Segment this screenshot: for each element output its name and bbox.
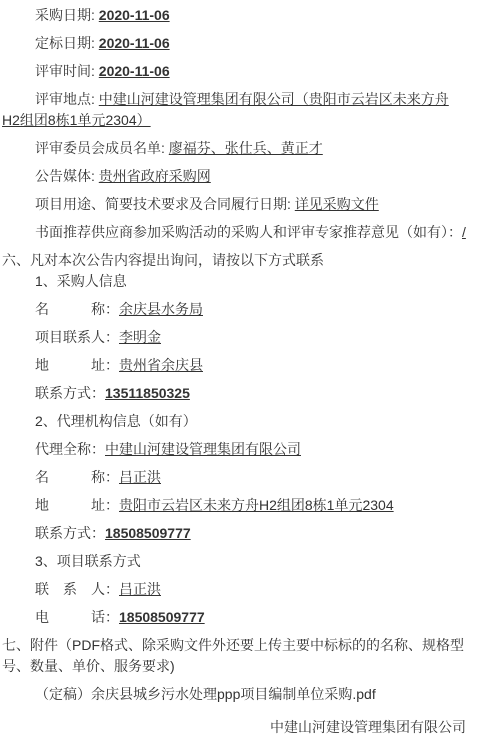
- field-row-purchaser-contact-person: 项目联系人：李明金: [2, 327, 466, 348]
- subsection-title-project-contact: 3、项目联系方式: [2, 551, 466, 572]
- field-value: 贵州省政府采购网: [99, 168, 211, 184]
- field-value: 余庆县水务局: [119, 301, 203, 317]
- field-row-purchaser-address: 地 址：贵州省余庆县: [2, 355, 466, 376]
- field-row-purchaser-name: 名 称：余庆县水务局: [2, 299, 466, 320]
- field-value: 2020-11-06: [99, 63, 170, 79]
- field-label: 地 址：: [35, 357, 119, 373]
- field-row-agency-contact-name: 名 称：吕正洪: [2, 467, 466, 488]
- attachment-filename: （定稿）余庆县城乡污水处理ppp项目编制单位采购.pdf: [2, 684, 466, 705]
- field-label: 书面推荐供应商参加采购活动的采购人和评审专家推荐意见（如有）：: [35, 224, 462, 240]
- field-row-review-location: 评审地点: 中建山河建设管理集团有限公司（贵阳市云岩区未来方舟H2组团8栋1单元…: [2, 89, 466, 131]
- field-row-agency-phone: 联系方式：18508509777: [2, 523, 466, 544]
- field-row-project-contact-person: 联 系 人：吕正洪: [2, 579, 466, 600]
- field-label: 项目用途、简要技术要求及合同履行日期:: [35, 196, 295, 212]
- field-label: 电 话：: [35, 609, 119, 625]
- field-value: 中建山河建设管理集团有限公司: [105, 441, 301, 457]
- field-value: 吕正洪: [119, 581, 161, 597]
- field-row-announcement-media: 公告媒体: 贵州省政府采购网: [2, 166, 466, 187]
- field-value: 2020-11-06: [99, 7, 170, 23]
- field-label: 采购日期:: [35, 7, 99, 23]
- field-value: 贵阳市云岩区未来方舟H2组团8栋1单元2304: [119, 497, 394, 513]
- field-label: 联系方式：: [35, 525, 105, 541]
- footer-company-name: 中建山河建设管理集团有限公司: [2, 717, 466, 738]
- section7-heading: 七、附件（PDF格式、除采购文件外还要上传主要中标标的的名称、规格型号、数量、单…: [2, 635, 466, 677]
- field-row-award-date: 定标日期: 2020-11-06: [2, 33, 466, 54]
- subsection-title-purchaser-info: 1、采购人信息: [2, 271, 466, 292]
- field-value: 李明金: [119, 329, 161, 345]
- field-row-project-contact-phone: 电 话：18508509777: [2, 607, 466, 628]
- field-row-review-time: 评审时间: 2020-11-06: [2, 61, 466, 82]
- field-row-agency-address: 地 址：贵阳市云岩区未来方舟H2组团8栋1单元2304: [2, 495, 466, 516]
- field-value: /: [462, 224, 466, 240]
- field-value: 18508509777: [119, 609, 205, 625]
- field-value: 廖福芬、张仕兵、黄正才: [169, 140, 323, 156]
- field-value: 贵州省余庆县: [119, 357, 203, 373]
- field-label: 项目联系人：: [35, 329, 119, 345]
- field-row-agency-full-name: 代理全称：中建山河建设管理集团有限公司: [2, 439, 466, 460]
- field-label: 名 称：: [35, 301, 119, 317]
- field-label: 评审时间:: [35, 63, 99, 79]
- field-label: 联系方式：: [35, 385, 105, 401]
- field-value: 吕正洪: [119, 469, 161, 485]
- field-row-project-purpose: 项目用途、简要技术要求及合同履行日期: 详见采购文件: [2, 194, 466, 215]
- field-row-purchaser-phone: 联系方式：13511850325: [2, 383, 466, 404]
- subsection-title-agency-info: 2、代理机构信息（如有）: [2, 411, 466, 432]
- field-label: 公告媒体:: [35, 168, 99, 184]
- field-label: 评审委员会成员名单:: [35, 140, 169, 156]
- field-label: 名 称：: [35, 469, 119, 485]
- field-value: 2020-11-06: [99, 35, 170, 51]
- field-value: 13511850325: [105, 385, 190, 401]
- procurement-announcement-document: 采购日期: 2020-11-06 定标日期: 2020-11-06 评审时间: …: [0, 0, 479, 754]
- field-label: 评审地点:: [35, 91, 99, 107]
- field-row-committee-members: 评审委员会成员名单: 廖福芬、张仕兵、黄正才: [2, 138, 466, 159]
- field-label: 定标日期:: [35, 35, 99, 51]
- field-label: 代理全称：: [35, 441, 105, 457]
- field-value: 18508509777: [105, 525, 191, 541]
- field-row-purchase-date: 采购日期: 2020-11-06: [2, 5, 466, 26]
- section6-heading: 六、凡对本次公告内容提出询问，请按以下方式联系: [2, 250, 466, 271]
- field-label: 地 址：: [35, 497, 119, 513]
- field-row-written-recommendation: 书面推荐供应商参加采购活动的采购人和评审专家推荐意见（如有）：/: [2, 222, 466, 243]
- field-label: 联 系 人：: [35, 581, 119, 597]
- field-value: 详见采购文件: [295, 196, 379, 212]
